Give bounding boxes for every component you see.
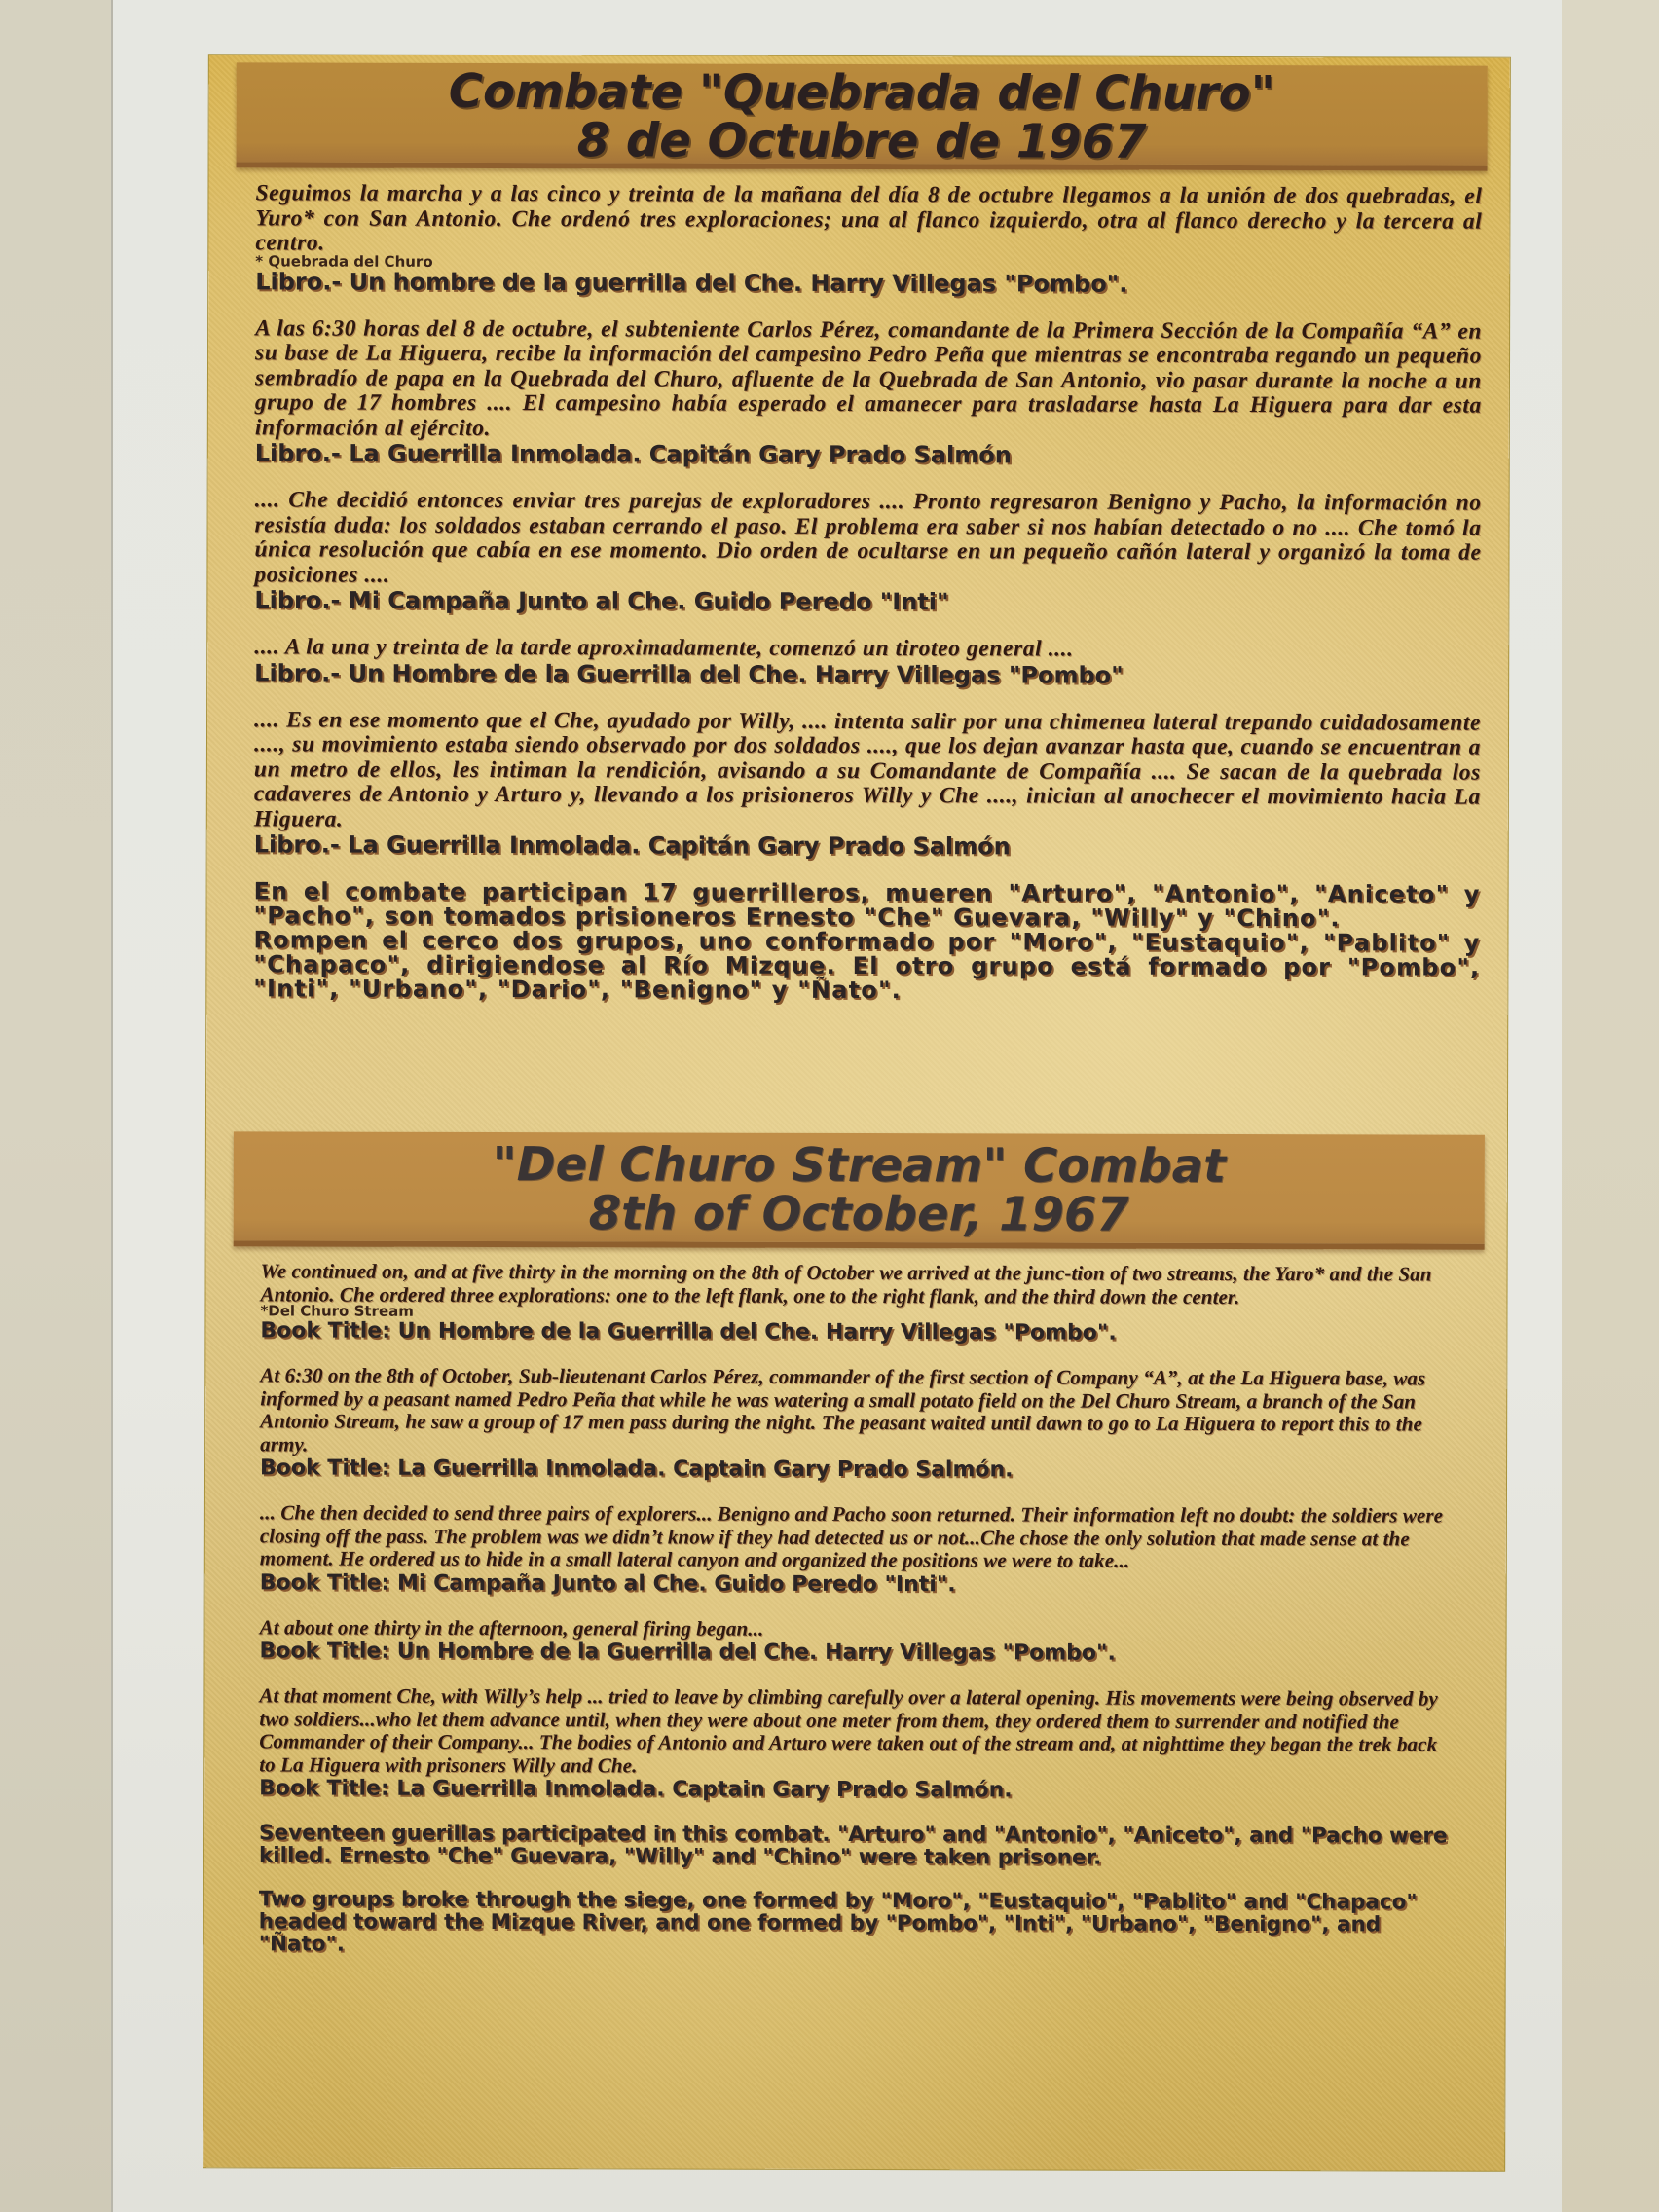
english-summary-casualties: Seventeen guerillas participated in this… xyxy=(259,1822,1456,1869)
spanish-quote-block: Seguimos la marcha y a las cinco y trein… xyxy=(255,181,1482,298)
english-section: We continued on, and at five thirty in t… xyxy=(259,1260,1458,1958)
spanish-section: Seguimos la marcha y a las cinco y trein… xyxy=(253,181,1482,1004)
book-source: Book Title: Un Hombre de la Guerrilla de… xyxy=(260,1639,1457,1666)
spanish-quote-block: .... A la una y treinta de la tarde apro… xyxy=(254,635,1481,689)
book-source: Libro.- Mi Campaña Junto al Che. Guido P… xyxy=(254,587,1481,616)
quote-text: A las 6:30 horas del 8 de octubre, el su… xyxy=(255,316,1482,444)
spanish-summary-casualties: En el combate participan 17 guerrilleros… xyxy=(253,879,1480,931)
spanish-title-banner: Combate "Quebrada del Churo" 8 de Octubr… xyxy=(237,62,1488,170)
quote-text: Seguimos la marcha y a las cinco y trein… xyxy=(255,181,1482,259)
book-source: Libro.- La Guerrilla Inmolada. Capitán G… xyxy=(254,831,1481,861)
spanish-quote-block: .... Che decidió entonces enviar tres pa… xyxy=(254,488,1481,616)
spanish-title: Combate "Quebrada del Churo" xyxy=(237,66,1488,118)
english-quote-block: At about one thirty in the afternoon, ge… xyxy=(260,1616,1457,1667)
book-source: Book Title: La Guerrilla Inmolada. Capta… xyxy=(260,1456,1457,1483)
wall-left xyxy=(0,0,113,2212)
book-source: Libro.- Un hombre de la guerrilla del Ch… xyxy=(255,269,1482,298)
book-source: Libro.- Un Hombre de la Guerrilla del Ch… xyxy=(254,660,1481,689)
english-date: 8th of October, 1967 xyxy=(234,1188,1485,1239)
book-source: Book Title: La Guerrilla Inmolada. Capta… xyxy=(259,1776,1456,1803)
english-quote-block: At that moment Che, with Willy’s help ..… xyxy=(259,1684,1456,1803)
quote-text: ... Che then decided to send three pairs… xyxy=(260,1501,1457,1573)
english-quote-block: At 6:30 on the 8th of October, Sub-lieut… xyxy=(260,1364,1457,1483)
book-source: Book Title: Mi Campaña Junto al Che. Gui… xyxy=(260,1570,1457,1598)
spanish-quote-block: A las 6:30 horas del 8 de octubre, el su… xyxy=(255,316,1482,470)
book-source: Book Title: Un Hombre de la Guerrilla de… xyxy=(260,1318,1457,1346)
quote-text: We continued on, and at five thirty in t… xyxy=(260,1260,1457,1309)
english-summary-groups: Two groups broke through the siege, one … xyxy=(259,1888,1456,1958)
spanish-date: 8 de Octubre de 1967 xyxy=(237,115,1488,166)
english-title: "Del Churo Stream" Combat xyxy=(234,1139,1485,1191)
exhibit-panel: Combate "Quebrada del Churo" 8 de Octubr… xyxy=(203,55,1510,2170)
quote-text: At about one thirty in the afternoon, ge… xyxy=(260,1616,1457,1642)
english-title-banner: "Del Churo Stream" Combat 8th of October… xyxy=(234,1131,1485,1249)
quote-text: At 6:30 on the 8th of October, Sub-lieut… xyxy=(260,1364,1457,1458)
spanish-summary-groups: Rompen el cerco dos grupos, uno conforma… xyxy=(253,928,1480,1004)
quote-text: At that moment Che, with Willy’s help ..… xyxy=(259,1684,1456,1779)
book-source: Libro.- La Guerrilla Inmolada. Capitán G… xyxy=(255,440,1482,469)
english-quote-block: We continued on, and at five thirty in t… xyxy=(260,1260,1457,1346)
quote-text: .... Es en ese momento que el Che, ayuda… xyxy=(254,708,1481,835)
spanish-quote-block: .... Es en ese momento que el Che, ayuda… xyxy=(254,708,1481,862)
english-quote-block: ... Che then decided to send three pairs… xyxy=(260,1501,1457,1598)
quote-text: .... Che decidió entonces enviar tres pa… xyxy=(254,488,1481,590)
quote-text: .... A la una y treinta de la tarde apro… xyxy=(254,635,1481,663)
wall-right xyxy=(1562,0,1659,2212)
